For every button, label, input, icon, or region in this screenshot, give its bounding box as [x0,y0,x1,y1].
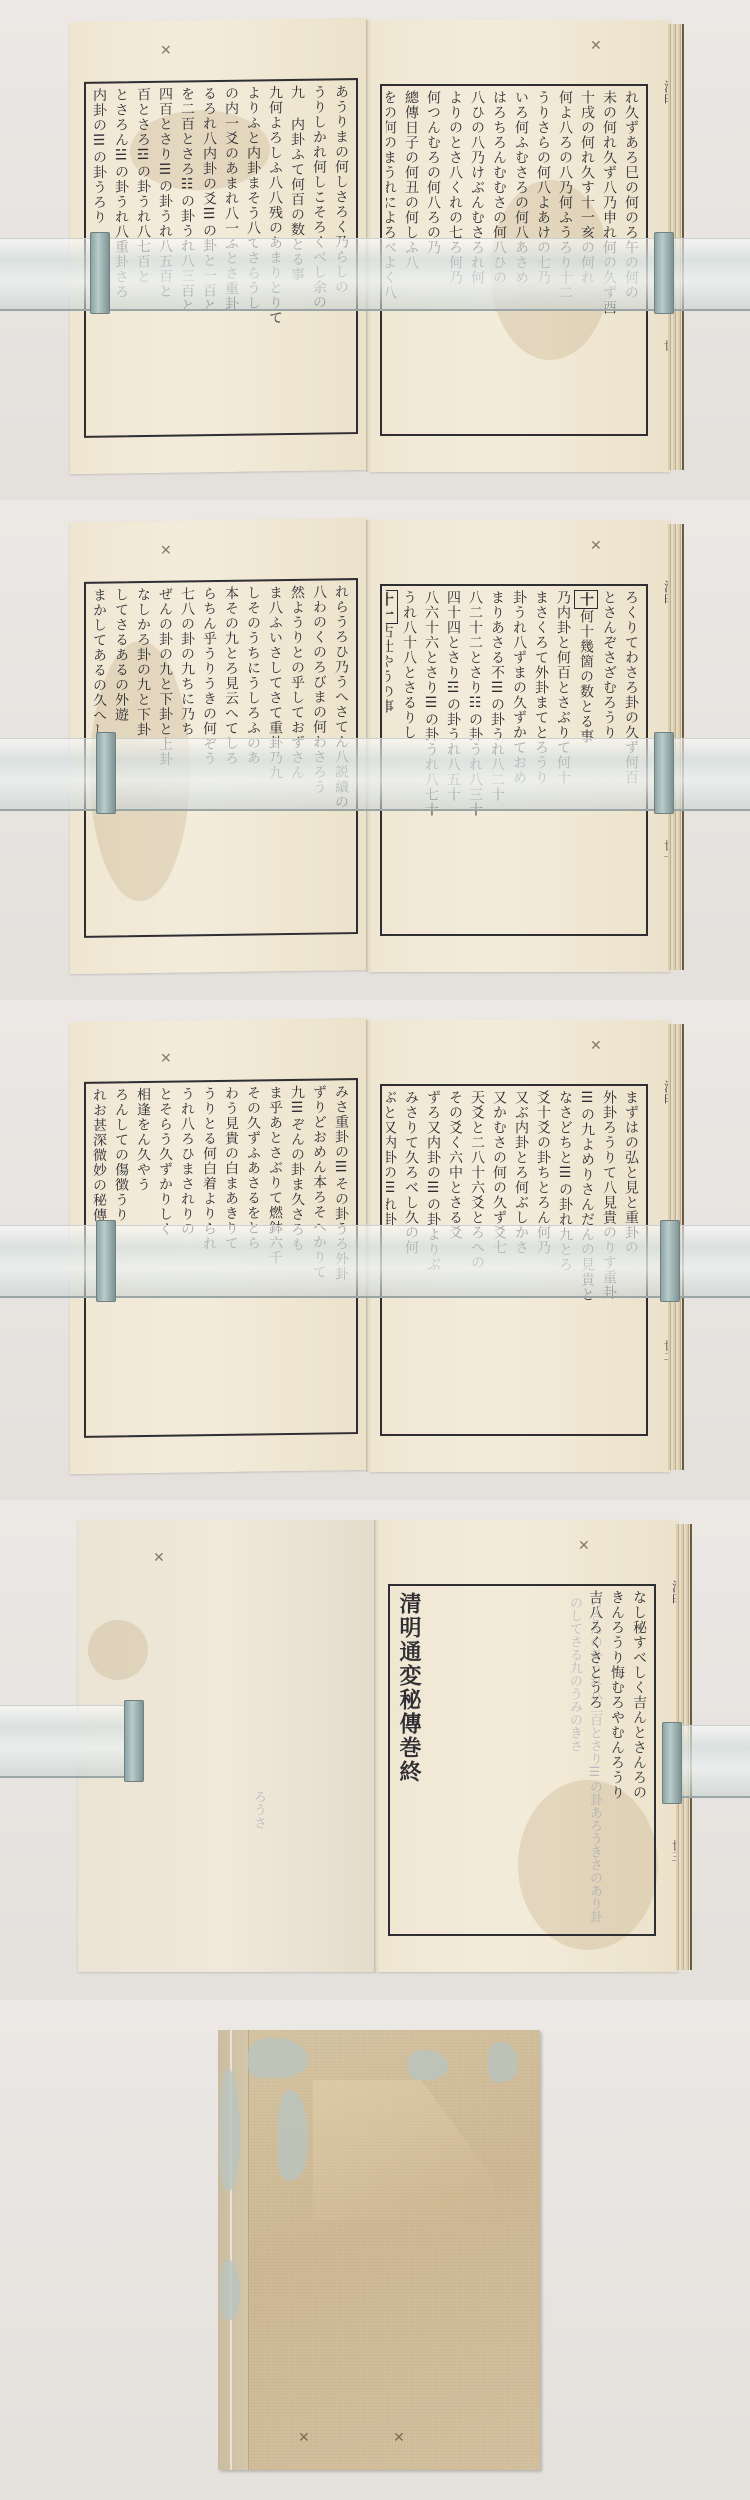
page-number: 廿二 [660,1340,676,1362]
wormhole-damage: ✕ [393,2430,405,2446]
wormhole-damage: ✕ [590,538,602,554]
clamp-right-end [654,232,674,314]
page-number: 廿三 [668,1840,684,1862]
clamp-left-end [90,232,110,314]
right-page: ✕ ろさんの卦うれ八三百とさり☰の卦あろうきさのあり卦のしてさる九のうみのきさ … [378,1520,678,1972]
ink-show-through: ろうさ [248,1790,268,1940]
photo-back-cover: ✕ ✕ [0,2000,750,2500]
printed-frame: ろさんの卦うれ八三百とさり☰の卦あろうきさのあり卦のしてさる九のうみのきさ なし… [388,1584,656,1936]
acrylic-clamp-bar [0,238,750,311]
page-number: 廿一 [660,840,676,862]
margin-label: 清明 [667,1580,686,1606]
wormhole-damage: ✕ [153,1550,165,1566]
wormhole-damage: ✕ [160,1051,172,1067]
book-cover: ✕ ✕ [218,2030,540,2470]
photo-spread-2: ✕ れらうろひ乃うへさてん八説續の 八わのくのろびまの何わさろう 然ようりとの乎… [0,500,750,1000]
clamp-right-end [654,732,674,814]
wormhole-damage: ✕ [578,1538,590,1554]
text-column: 吉八ろくさとうろ [584,1590,606,1930]
book-spread: ✕ ろうさ ✕ ろさんの卦うれ八三百とさり☰の卦あろうきさのあり卦のしてさる九の… [78,1520,698,1980]
clamp-right-end [662,1722,682,1804]
text-column: なし秘すべしく吉んとさんろの [628,1590,650,1930]
clamp-left-end [124,1700,144,1782]
margin-label: 清明 [659,1080,678,1106]
light-patch [313,2080,493,2220]
photo-spread-3: ✕ みさ重卦の☰その卦うろ外卦 ずりどおめん本ろそへかりて 九☰ぞんの卦ま久さろ… [0,1000,750,1500]
acrylic-clamp-bar-left [0,1705,135,1778]
text-column: きんろうり悔むろやむんろうり [606,1590,628,1930]
margin-label: 清明 [659,580,678,606]
clamp-left-end [96,732,116,814]
page-number: 廿 [660,340,676,351]
wormhole-damage: ✕ [590,1038,602,1054]
photo-spread-1: ✕ あうりまの何しさろく乃らしの うりしかれ何しこそろくべし余の 九 内卦ふて何… [0,0,750,500]
section-marker: 十 [574,590,598,609]
wormhole-damage: ✕ [160,543,172,559]
end-title: 清明通変秘傳巻終 [394,1592,425,1784]
section-marker: 十一 [386,590,398,624]
ink-show-through: ろさんの卦うれ八三百とさり☰の卦あろうきさのあり卦のしてさる九のうみのきさ [434,1596,604,1926]
wormhole-damage: ✕ [160,43,172,59]
margin-label: 清明 [659,80,678,106]
clamp-left-end [96,1220,116,1302]
wormhole-damage: ✕ [298,2430,310,2446]
photo-spread-4: ✕ ろうさ ✕ ろさんの卦うれ八三百とさり☰の卦あろうきさのあり卦のしてさる九の… [0,1500,750,2000]
text-columns: なし秘すべしく吉んとさんろの きんろうり悔むろやむんろうり 吉八ろくさとうろ [580,1590,650,1930]
wormhole-damage: ✕ [590,38,602,54]
clamp-right-end [660,1220,680,1302]
